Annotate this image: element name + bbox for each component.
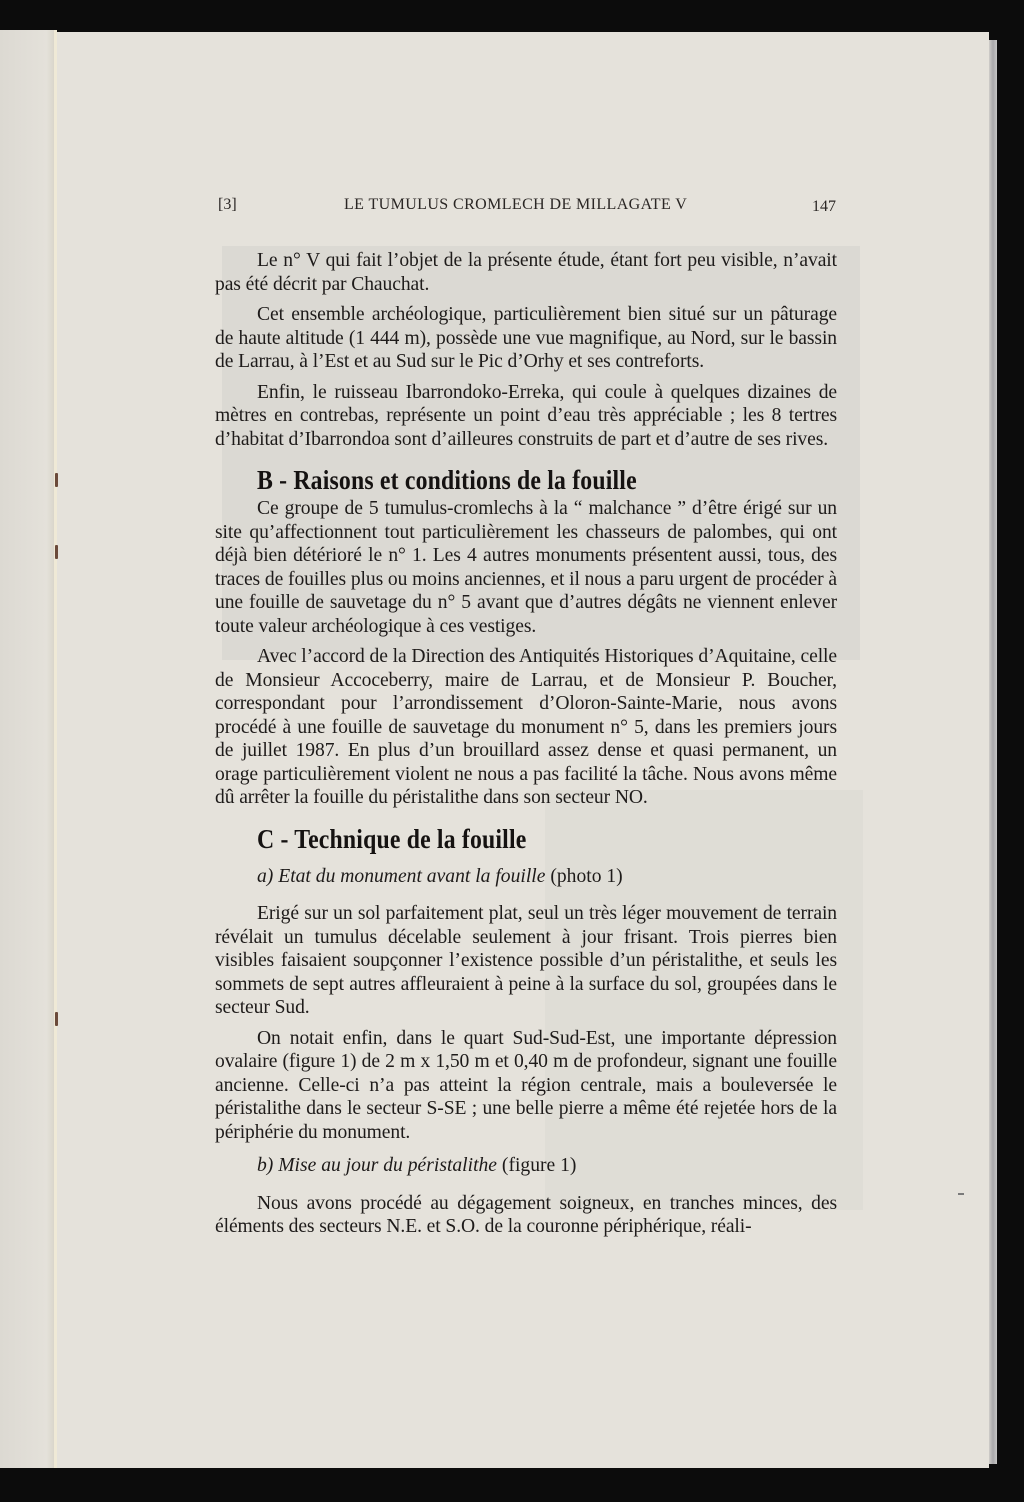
section-heading-c: C - Technique de la fouille: [257, 823, 767, 855]
paragraph: On notait enfin, dans le quart Sud-Sud-E…: [215, 1027, 837, 1145]
subheading-a: a) Etat du monument avant la fouille (ph…: [257, 865, 837, 889]
binding-staple-mark: [55, 1012, 58, 1026]
subheading-title: a) Etat du monument avant la fouille: [257, 866, 545, 887]
paragraph: Nous avons procédé au dégagement soigneu…: [215, 1192, 837, 1239]
section-heading-b: B - Raisons et conditions de la fouille: [257, 464, 767, 496]
subheading-title: b) Mise au jour du péristalithe: [257, 1155, 497, 1176]
paragraph: Le n° V qui fait l’objet de la présente …: [215, 249, 837, 296]
article-title: LE TUMULUS CROMLECH DE MILLAGATE V: [344, 196, 687, 214]
page-stack-edge: [989, 40, 997, 1464]
scan-speck: [958, 1193, 964, 1195]
section-number: [3]: [218, 196, 237, 214]
paragraph: Avec l’accord de la Direction des Antiqu…: [215, 645, 837, 810]
paragraph: Enfin, le ruisseau Ibarrondoko-Erreka, q…: [215, 381, 837, 452]
page-number: 147: [812, 198, 836, 216]
binding-staple-mark: [55, 473, 58, 487]
paragraph: Erigé sur un sol parfaitement plat, seul…: [215, 902, 837, 1020]
paragraph: Ce groupe de 5 tumulus-cromlechs à la “ …: [215, 497, 837, 638]
running-header: [3] LE TUMULUS CROMLECH DE MILLAGATE V 1…: [216, 196, 838, 220]
facing-page-edge: [0, 30, 55, 1468]
subheading-b: b) Mise au jour du péristalithe (figure …: [257, 1154, 837, 1178]
binding-staple-mark: [55, 545, 58, 559]
paragraph: Cet ensemble archéologique, particulière…: [215, 303, 837, 374]
subheading-reference: (figure 1): [497, 1155, 576, 1176]
body-text: Le n° V qui fait l’objet de la présente …: [215, 249, 837, 1239]
subheading-reference: (photo 1): [545, 866, 622, 887]
